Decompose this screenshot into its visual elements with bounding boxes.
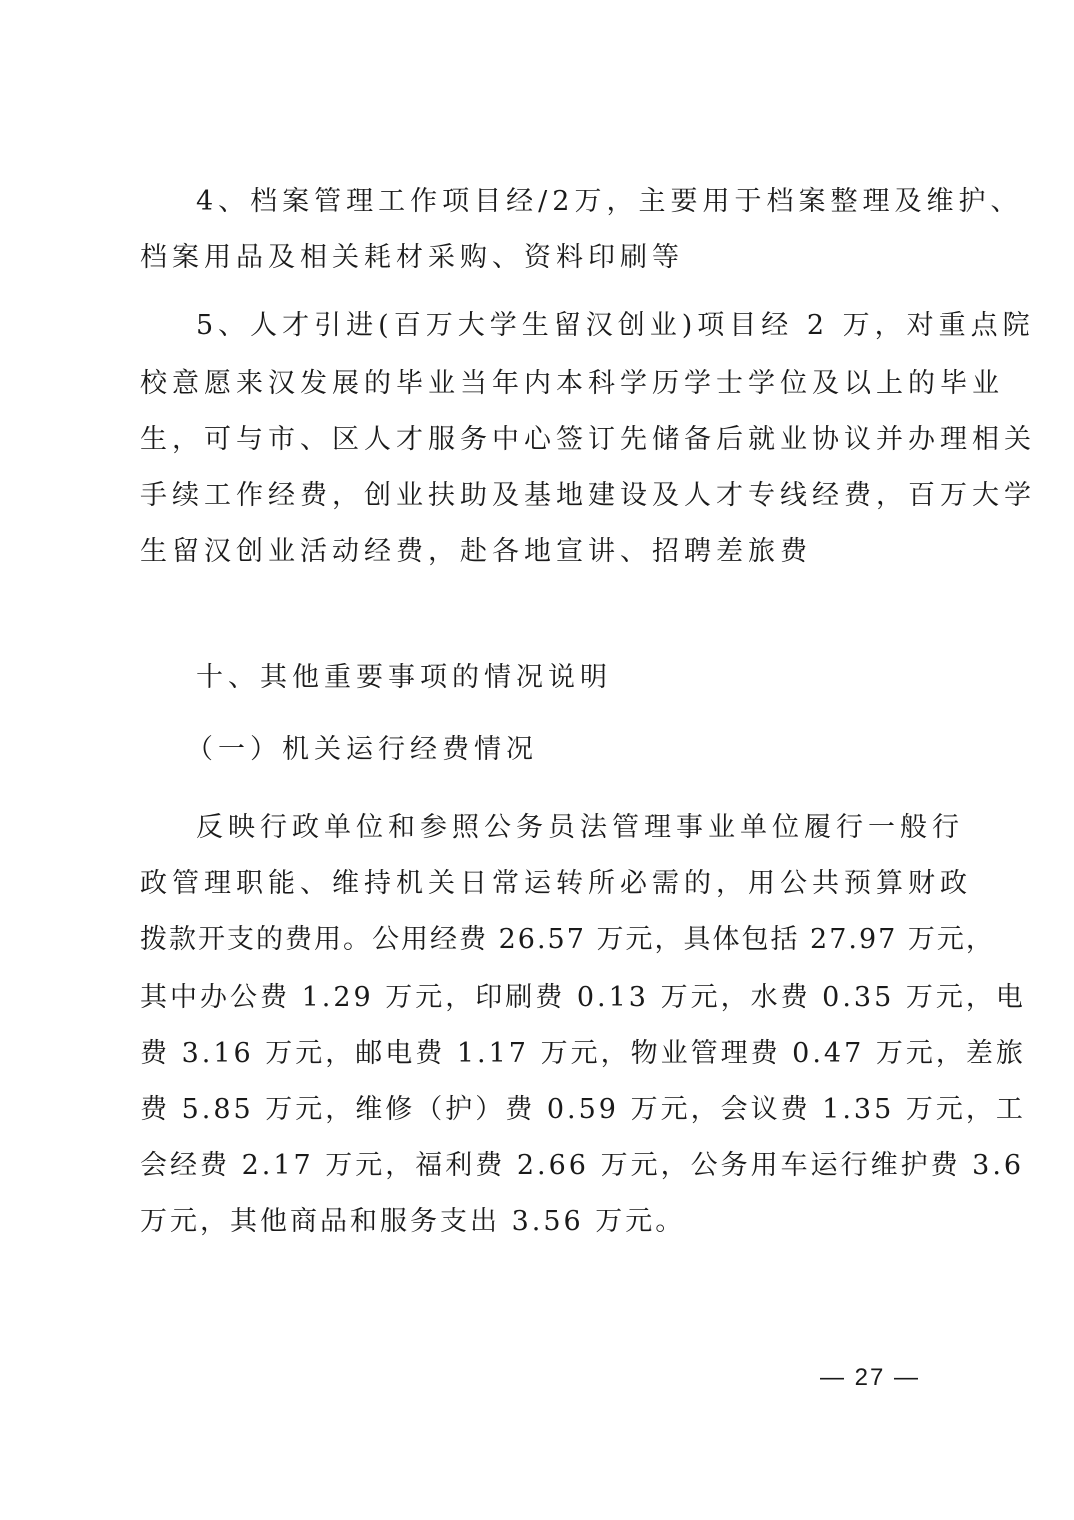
body-line-3: 拨款开支的费用。公用经费 26.57 万元，具体包括 27.97 万元，	[140, 922, 940, 958]
body-line-5: 费 3.16 万元，邮电费 1.17 万元，物业管理费 0.47 万元，差旅	[140, 1036, 940, 1072]
item5-line-2: 校意愿来汉发展的毕业当年内本科学历学士学位及以上的毕业	[140, 366, 940, 402]
item5-line-5: 生留汉创业活动经费，赴各地宣讲、招聘差旅费	[140, 534, 940, 570]
item4-line-1: 4、档案管理工作项目经/2万，主要用于档案整理及维护、	[196, 184, 996, 220]
page-number: — 27 —	[820, 1364, 920, 1392]
item5-line-4: 手续工作经费，创业扶助及基地建设及人才专线经费，百万大学	[140, 478, 940, 514]
item5-line-1: 5、人才引进(百万大学生留汉创业)项目经 2 万，对重点院	[196, 308, 996, 344]
item4-line-2: 档案用品及相关耗材采购、资料印刷等	[140, 240, 940, 276]
body-line-8: 万元，其他商品和服务支出 3.56 万元。	[140, 1204, 940, 1240]
body-line-6: 费 5.85 万元，维修（护）费 0.59 万元，会议费 1.35 万元，工	[140, 1092, 940, 1128]
section-heading: 十、其他重要事项的情况说明	[196, 660, 996, 696]
subsection-heading: （一）机关运行经费情况	[186, 732, 986, 768]
body-line-4: 其中办公费 1.29 万元，印刷费 0.13 万元，水费 0.35 万元，电	[140, 980, 940, 1016]
item5-line-3: 生，可与市、区人才服务中心签订先储备后就业协议并办理相关	[140, 422, 940, 458]
body-line-7: 会经费 2.17 万元，福利费 2.66 万元，公务用车运行维护费 3.6	[140, 1148, 940, 1184]
body-line-2: 政管理职能、维持机关日常运转所必需的，用公共预算财政	[140, 866, 940, 902]
body-line-1: 反映行政单位和参照公务员法管理事业单位履行一般行	[196, 810, 996, 846]
